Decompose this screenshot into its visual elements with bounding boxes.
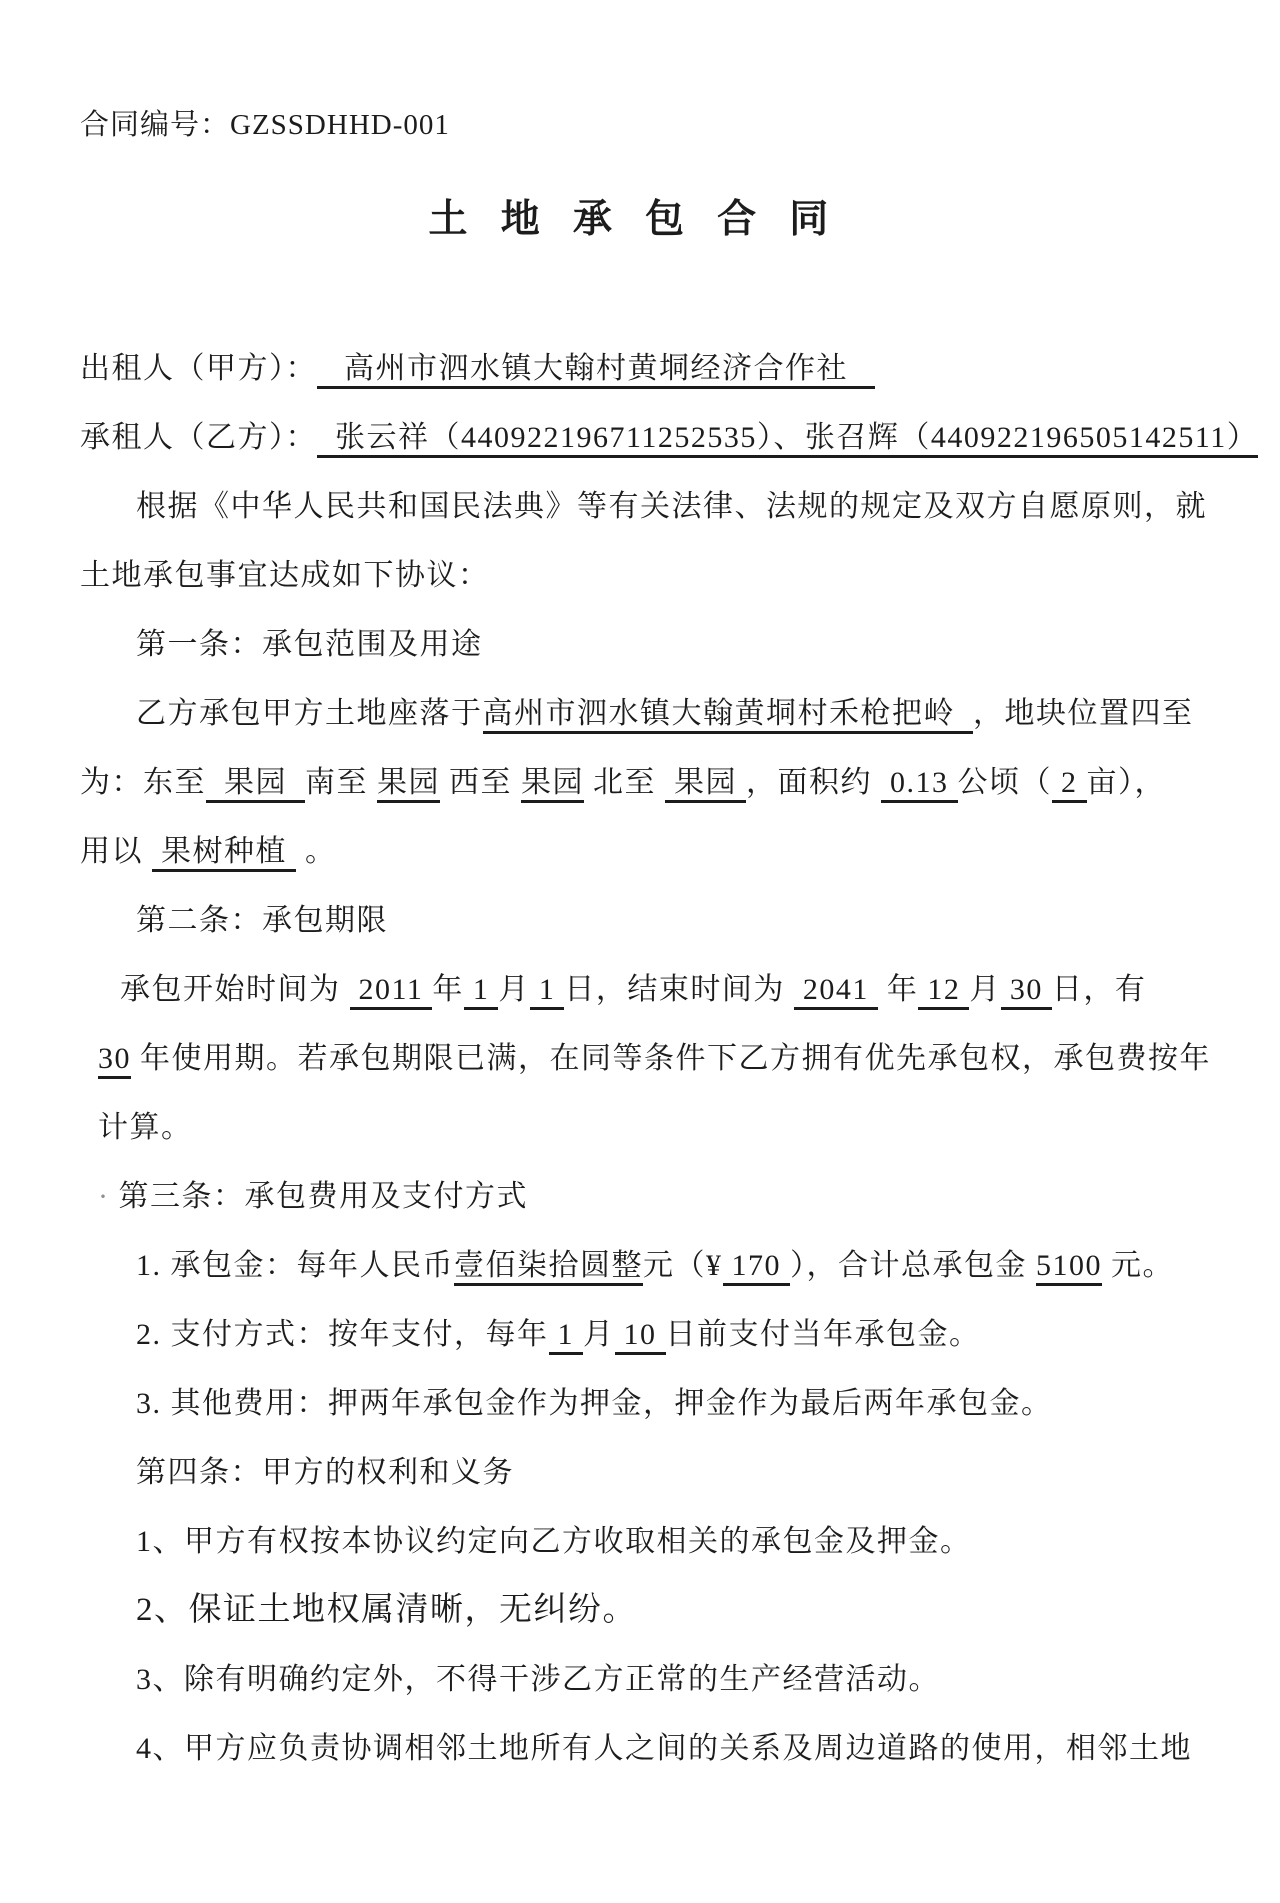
text-segment: 亩）， [1087, 766, 1167, 799]
filled-blank-underlined: 高州市泗水镇大翰黄垌村禾枪把岭 [483, 697, 974, 734]
text-segment: 。 [296, 835, 337, 868]
text-segment: 出租人（甲方）： [80, 352, 317, 385]
text-segment: 公顷（ [958, 766, 1053, 799]
text-segment: ），合计总承包金 [790, 1249, 1036, 1282]
text-segment: 月 [583, 1318, 615, 1351]
text-segment: 年 [878, 973, 919, 1006]
text-segment: 1、甲方有权按本协议约定向乙方收取相关的承包金及押金。 [136, 1525, 972, 1558]
filled-blank-underlined: 果园 [206, 766, 305, 803]
article-4-item-4: 4、甲方应负责协调相邻土地所有人之间的关系及周边道路的使用，相邻土地 [80, 1714, 1210, 1783]
filled-blank-underlined: 10 [615, 1318, 666, 1355]
filled-blank-underlined: 1 [530, 973, 565, 1010]
filled-blank-underlined: 12 [918, 973, 969, 1010]
text-segment: 日，结束时间为 [564, 973, 794, 1006]
filled-blank-underlined: 果园 [377, 766, 440, 803]
article-4-item-3: 3、除有明确约定外，不得干涉乙方正常的生产经营活动。 [80, 1645, 1210, 1714]
article-2-line-3: 计算。 [80, 1093, 1210, 1162]
text-segment: 年 [432, 973, 464, 1006]
text-segment: 2. 支付方式：按年支付，每年 [136, 1318, 549, 1351]
contract-body: 出租人（甲方）： 高州市泗水镇大翰村黄垌经济合作社 承租人（乙方）： 张云祥（4… [80, 334, 1210, 1783]
article-1-line-3: 用以 果树种植 。 [80, 817, 1210, 886]
article-4-item-1: 1、甲方有权按本协议约定向乙方收取相关的承包金及押金。 [80, 1507, 1210, 1576]
text-segment: 为：东至 [80, 766, 206, 799]
filled-blank-underlined: 1 [464, 973, 499, 1010]
text-segment: 根据《中华人民共和国民法典》等有关法律、法规的规定及双方自愿原则，就 [136, 490, 1207, 523]
article-2-heading: 第二条：承包期限 [80, 886, 1210, 955]
filled-blank-underlined: 2 [1052, 766, 1087, 803]
contract-number-label: 合同编号： [80, 109, 230, 141]
filled-blank-underlined: 170 [723, 1249, 791, 1286]
filled-blank-underlined: 张云祥（440922196711252535）、张召辉（440922196505… [317, 421, 1258, 458]
article-4-heading: 第四条：甲方的权利和义务 [80, 1438, 1210, 1507]
filled-blank-underlined: 果树种植 [152, 835, 296, 872]
filled-blank-underlined: 果园 [521, 766, 584, 803]
text-segment: 用以 [80, 835, 152, 868]
text-segment: 承包开始时间为 [120, 973, 350, 1006]
article-3-item-2: 2. 支付方式：按年支付，每年 1 月 10 日前支付当年承包金。 [80, 1300, 1210, 1369]
filled-blank-underlined: 30 [98, 1042, 131, 1079]
article-2-line-2: 30 年使用期。若承包期限已满，在同等条件下乙方拥有优先承包权，承包费按年 [80, 1024, 1210, 1093]
filled-blank-underlined: 0.13 [881, 766, 958, 803]
article-1-heading: 第一条：承包范围及用途 [80, 610, 1210, 679]
text-segment: 年使用期。若承包期限已满，在同等条件下乙方拥有优先承包权，承包费按年 [131, 1042, 1211, 1075]
text-segment: 承租人（乙方）： [80, 421, 317, 454]
text-segment: 日，有 [1052, 973, 1147, 1006]
text-segment: 乙方承包甲方土地座落于 [136, 697, 483, 730]
text-segment: 第一条：承包范围及用途 [136, 628, 483, 661]
article-3-item-3: 3. 其他费用：押两年承包金作为押金，押金作为最后两年承包金。 [80, 1369, 1210, 1438]
text-segment: 日前支付当年承包金。 [666, 1318, 981, 1351]
contract-document-page: 合同编号：GZSSDHHD-001 土地承包合同 出租人（甲方）： 高州市泗水镇… [0, 0, 1280, 1903]
filled-blank-underlined: 30 [1001, 973, 1052, 1010]
party-lessee-line: 承租人（乙方）： 张云祥（440922196711252535）、张召辉（440… [80, 403, 1210, 472]
filled-blank-underlined: 2011 [350, 973, 433, 1010]
text-segment: ，地块位置四至 [973, 697, 1194, 730]
text-segment: 北至 [584, 766, 665, 799]
filled-blank-underlined: 壹佰柒拾圆整 [454, 1249, 643, 1286]
article-2-line-1: 承包开始时间为 2011 年 1 月 1 日，结束时间为 2041 年 12 月… [80, 955, 1210, 1024]
text-segment: 计算。 [98, 1111, 193, 1144]
article-3-item-1: 1. 承包金：每年人民币壹佰柒拾圆整元（¥ 170 ），合计总承包金 5100 … [80, 1231, 1210, 1300]
text-segment: 元（¥ [643, 1249, 723, 1282]
article-1-line-1: 乙方承包甲方土地座落于高州市泗水镇大翰黄垌村禾枪把岭 ，地块位置四至 [80, 679, 1210, 748]
article-3-heading: · 第三条：承包费用及支付方式 [80, 1162, 1210, 1231]
filled-blank-underlined: 2041 [794, 973, 878, 1010]
article-1-line-2: 为：东至 果园 南至 果园 西至 果园 北至 果园 ，面积约 0.13 公顷（ … [80, 748, 1210, 817]
filled-blank-underlined: 高州市泗水镇大翰村黄垌经济合作社 [317, 352, 875, 389]
text-segment: 3. 其他费用：押两年承包金作为押金，押金作为最后两年承包金。 [136, 1387, 1053, 1420]
text-segment: 月 [969, 973, 1001, 1006]
text-segment: 土地承包事宜达成如下协议： [80, 559, 490, 592]
filled-blank-underlined: 果园 [665, 766, 746, 803]
text-segment: 西至 [440, 766, 521, 799]
text-segment: 元。 [1102, 1249, 1174, 1282]
text-segment: ，面积约 [746, 766, 881, 799]
contract-number-line: 合同编号：GZSSDHHD-001 [80, 102, 1210, 148]
filled-blank-underlined: 1 [549, 1318, 584, 1355]
text-segment: 第三条：承包费用及支付方式 [119, 1180, 529, 1213]
text-segment: 月 [498, 973, 530, 1006]
text-segment: 第四条：甲方的权利和义务 [136, 1456, 514, 1489]
text-segment: · [98, 1180, 119, 1213]
text-segment: 3、除有明确约定外，不得干涉乙方正常的生产经营活动。 [136, 1663, 940, 1696]
text-segment: 南至 [305, 766, 377, 799]
text-segment: 1. 承包金：每年人民币 [136, 1249, 454, 1282]
article-4-item-2: 2、保证土地权属清晰，无纠纷。 [80, 1576, 1210, 1645]
text-segment: 4、甲方应负责协调相邻土地所有人之间的关系及周边道路的使用，相邻土地 [136, 1732, 1192, 1765]
preamble-line-2: 土地承包事宜达成如下协议： [80, 541, 1210, 610]
contract-title: 土地承包合同 [80, 192, 1210, 248]
contract-number-value: GZSSDHHD-001 [230, 109, 450, 141]
party-lessor-line: 出租人（甲方）： 高州市泗水镇大翰村黄垌经济合作社 [80, 334, 1210, 403]
text-segment: 第二条：承包期限 [136, 904, 388, 937]
text-segment: 2、保证土地权属清晰，无纠纷。 [136, 1592, 637, 1628]
preamble-line-1: 根据《中华人民共和国民法典》等有关法律、法规的规定及双方自愿原则，就 [80, 472, 1210, 541]
filled-blank-underlined: 5100 [1036, 1249, 1102, 1286]
